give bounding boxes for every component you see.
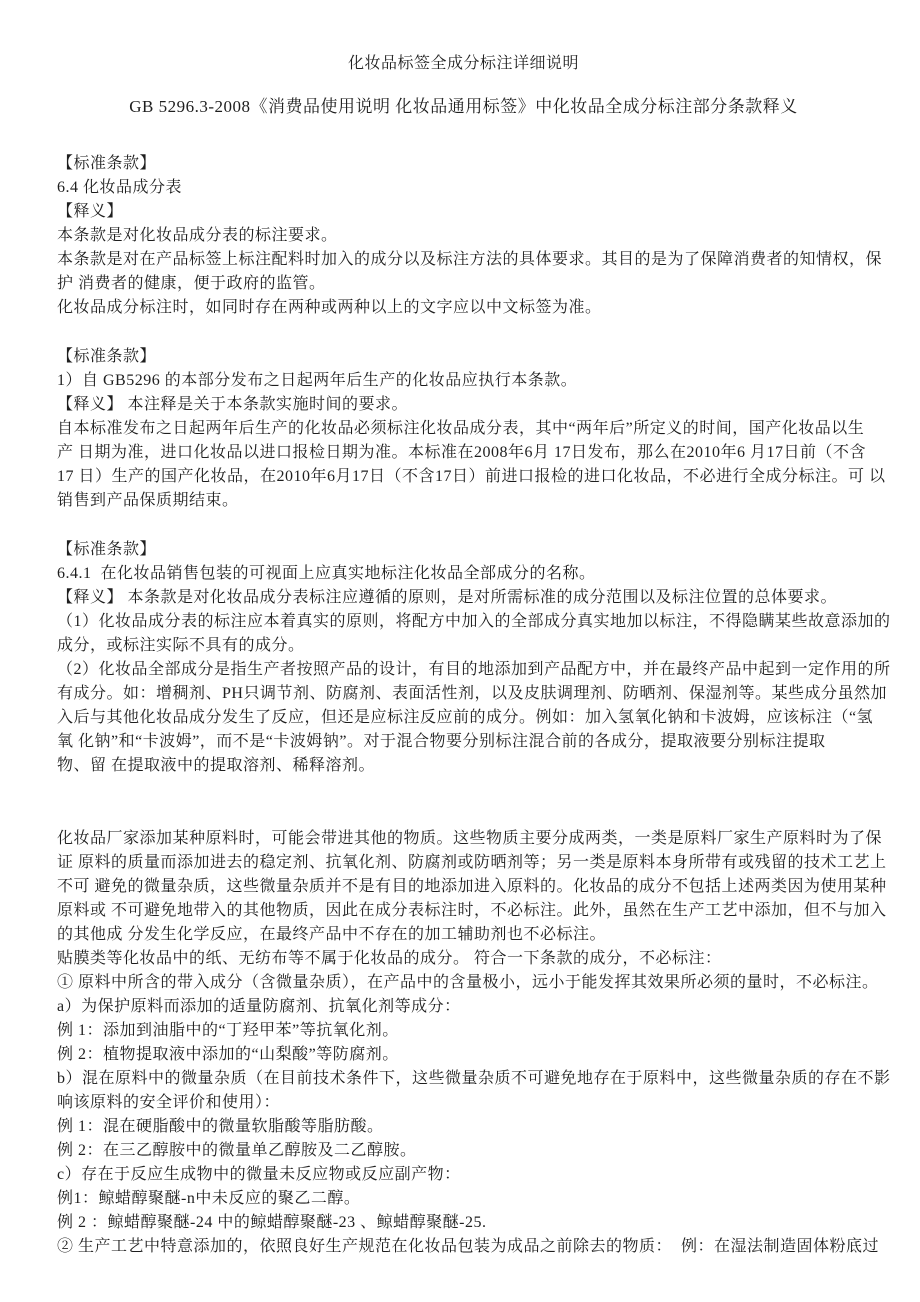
blank-line (57, 513, 870, 538)
text-line: 销售到产品保质期结束。 (57, 489, 870, 513)
text-line: 17 日）生产的国产化妆品，在2010年6月17日（不含17日）前进口报检的进口… (57, 465, 870, 489)
document-title: 化妆品标签全成分标注详细说明 (57, 52, 870, 76)
example-line: 例 2：在三乙醇胺中的微量单乙醇胺及二乙醇胺。 (57, 1139, 870, 1163)
document-page: 化妆品标签全成分标注详细说明 GB 5296.3-2008《消费品使用说明 化妆… (0, 0, 920, 1302)
text-line: （1）化妆品成分表的标注应本着真实的原则，将配方中加入的全部成分真实地加以标注，… (57, 610, 870, 634)
section-heading: 【标准条款】 (57, 345, 870, 369)
text-line: 贴膜类等化妆品中的纸、无纺布等不属于化妆品的成分。 符合一下条款的成分，不必标注… (57, 947, 870, 971)
text-line: 化妆品成分标注时，如同时存在两种或两种以上的文字应以中文标签为准。 (57, 296, 870, 320)
text-line: 化妆品厂家添加某种原料时，可能会带进其他的物质。这些物质主要分成两类，一类是原料… (57, 827, 870, 851)
text-line: 的其他成 分发生化学反应，在最终产品中不存在的加工辅助剂也不必标注。 (57, 923, 870, 947)
text-line: 证 原料的质量而添加进去的稳定剂、抗氧化剂、防腐剂或防晒剂等；另一类是原料本身所… (57, 851, 870, 875)
list-item-circled-2: ② 生产工艺中特意添加的，依照良好生产规范在化妆品包装为成品之前除去的物质： 例… (57, 1235, 870, 1259)
text-line: 响该原料的安全评价和使用）： (57, 1091, 870, 1115)
text-line: 护 消费者的健康，便于政府的监管。 (57, 272, 870, 296)
example-line: 例 2 ：鲸蜡醇聚醚-24 中的鲸蜡醇聚醚-23 、鲸蜡醇聚醚-25. (57, 1211, 870, 1235)
text-line: 入后与其他化妆品成分发生了反应，但还是应标注反应前的成分。例如：加入氢氧化钠和卡… (57, 706, 870, 730)
example-line: 例1：鲸蜡醇聚醚-n中未反应的聚乙二醇。 (57, 1187, 870, 1211)
text-line: （2）化妆品全部成分是指生产者按照产品的设计，有目的地添加到产品配方中，并在最终… (57, 658, 870, 682)
blank-line (57, 119, 870, 152)
text-line: 自本标准发布之日起两年后生产的化妆品必须标注化妆品成分表，其中“两年后”所定义的… (57, 417, 870, 441)
section-heading: 【释义】 本注释是关于本条款实施时间的要求。 (57, 393, 870, 417)
text-line: 有成分。如：增稠剂、PH只调节剂、防腐剂、表面活性剂，以及皮肤调理剂、防晒剂、保… (57, 682, 870, 706)
example-line: 例 1：混在硬脂酸中的微量软脂酸等脂肪酸。 (57, 1115, 870, 1139)
document-subtitle: GB 5296.3-2008《消费品使用说明 化妆品通用标签》中化妆品全成分标注… (57, 95, 870, 119)
section-heading: 【释义】 (57, 200, 870, 224)
text-line: 不可 避免的微量杂质，这些微量杂质并不是有目的地添加进入原料的。化妆品的成分不包… (57, 875, 870, 899)
text-line: 本条款是对在产品标签上标注配料时加入的成分以及标注方法的具体要求。其目的是为了保… (57, 248, 870, 272)
text-line: 物、留 在提取液中的提取溶剂、稀释溶剂。 (57, 754, 870, 778)
section-heading: 【标准条款】 (57, 538, 870, 562)
text-line: 成分，或标注实际不具有的成分。 (57, 634, 870, 658)
text-line: 1）自 GB5296 的本部分发布之日起两年后生产的化妆品应执行本条款。 (57, 369, 870, 393)
text-line: 原料或 不可避免地带入的其他物质，因此在成分表标注时，不必标注。此外，虽然在生产… (57, 899, 870, 923)
example-line: 例 2：植物提取液中添加的“山梨酸”等防腐剂。 (57, 1043, 870, 1067)
list-item-b: b）混在原料中的微量杂质（在目前技术条件下，这些微量杂质不可避免地存在于原料中，… (57, 1067, 870, 1091)
section-heading: 【释义】 本条款是对化妆品成分表标注应遵循的原则，是对所需标准的成分范围以及标注… (57, 586, 870, 610)
text-line: 氧 化钠”和“卡波姆”，而不是“卡波姆钠”。对于混合物要分别标注混合前的各成分，… (57, 730, 870, 754)
clause-number-line: 6.4 化妆品成分表 (57, 176, 870, 200)
clause-number-line: 6.4.1 在化妆品销售包装的可视面上应真实地标注化妆品全部成分的名称。 (57, 562, 870, 586)
text-line: 产 日期为准，进口化妆品以进口报检日期为准。本标准在2008年6月 17日发布，… (57, 441, 870, 465)
text-line: 本条款是对化妆品成分表的标注要求。 (57, 224, 870, 248)
blank-line (57, 778, 870, 827)
example-line: 例 1：添加到油脂中的“丁羟甲苯”等抗氧化剂。 (57, 1019, 870, 1043)
blank-line (57, 320, 870, 345)
list-item-c: c）存在于反应生成物中的微量未反应物或反应副产物： (57, 1163, 870, 1187)
list-item-a: a）为保护原料而添加的适量防腐剂、抗氧化剂等成分： (57, 995, 870, 1019)
section-heading: 【标准条款】 (57, 152, 870, 176)
list-item-circled-1: ① 原料中所含的带入成分（含微量杂质），在产品中的含量极小，远小于能发挥其效果所… (57, 971, 870, 995)
